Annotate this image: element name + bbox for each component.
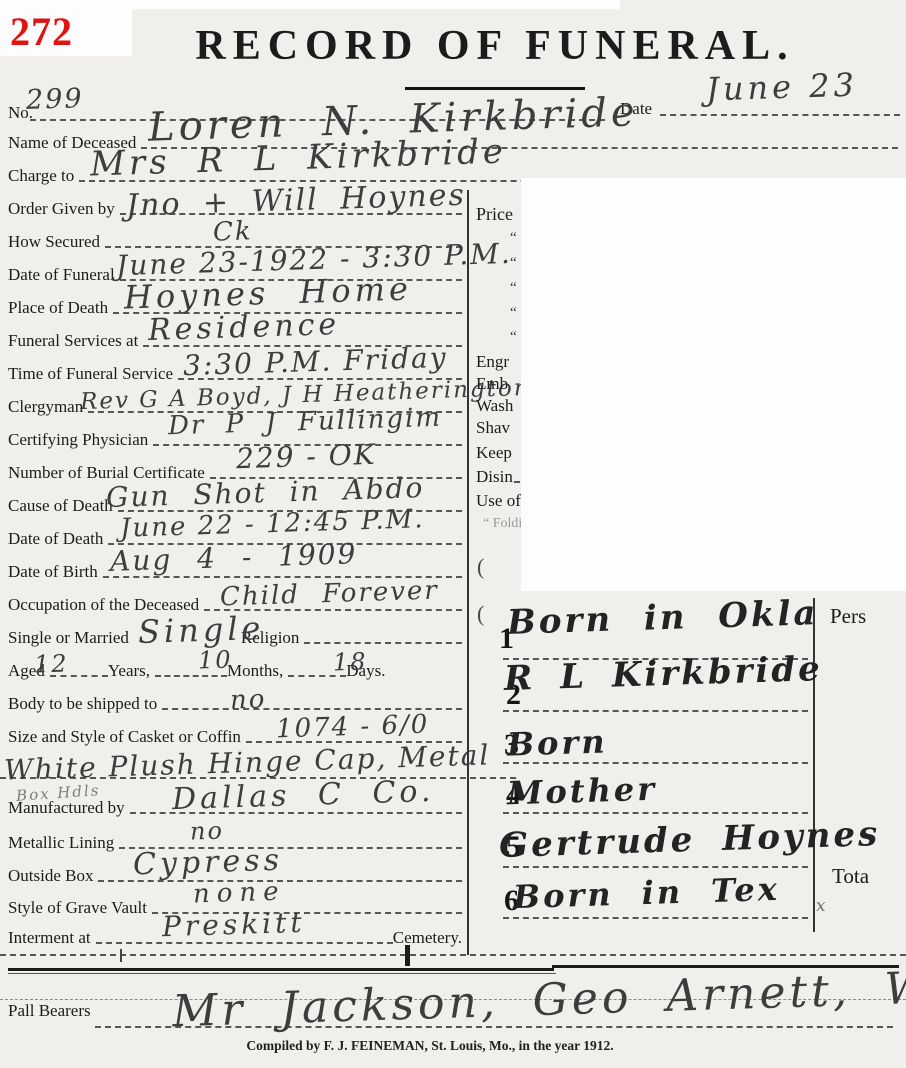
bottom-thin-rule xyxy=(8,973,556,974)
field-value-aged-days: 18 xyxy=(333,647,368,676)
cutoff-glyph: ( xyxy=(477,554,484,580)
date-value: June 23 xyxy=(705,66,858,109)
ditto-mark: “ xyxy=(510,230,517,247)
no-value: 299 xyxy=(26,83,84,116)
column-divider-rule xyxy=(467,190,469,955)
field-value-single-or-married: Single xyxy=(137,609,265,651)
field-value-grave-vault: none xyxy=(193,877,286,910)
pall-bearers-label: Pall Bearers xyxy=(8,1001,91,1020)
service-item-folding: “ Foldi xyxy=(483,514,522,533)
entry-line-6 xyxy=(503,917,808,919)
funeral-record-page: 272 RECORD OF FUNERAL. No. Date 299 June… xyxy=(0,0,906,1068)
ditto-mark: “ xyxy=(510,329,517,346)
entry-value-2: R L Kirkbride xyxy=(503,649,823,699)
cutoff-glyph: ( xyxy=(477,601,484,627)
field-value-aged-years: 12 xyxy=(34,649,69,678)
footer-imprint: Compiled by F. J. FEINEMAN, St. Louis, M… xyxy=(170,1038,690,1054)
bottom-solid-rule-left xyxy=(8,968,554,971)
page-number: 272 xyxy=(10,8,73,55)
scan-white-block xyxy=(521,178,906,591)
personal-column-rule xyxy=(813,598,815,932)
service-item-washing: Wash xyxy=(476,396,513,415)
field-value-interment: Preskitt xyxy=(162,906,307,943)
service-item-shaving: Shav xyxy=(476,418,510,437)
bottom-tick-small xyxy=(120,949,122,962)
service-item-disinfecting: Disin xyxy=(476,467,513,486)
service-item-engraving: Engr xyxy=(476,352,509,371)
entry-value-6: Born in Tex xyxy=(512,870,780,916)
field-row-aged: Aged Years, Months, Days. xyxy=(8,661,462,680)
personal-header: Pers xyxy=(830,604,866,629)
entry-value-1: Born in Okla xyxy=(506,593,819,643)
ditto-mark: “ xyxy=(510,255,517,272)
entry-value-4: Mother xyxy=(506,770,657,813)
page-title: RECORD OF FUNERAL. xyxy=(90,22,900,70)
field-value-casket-size: 1074 - 6/0 xyxy=(276,710,430,745)
ditto-mark: “ xyxy=(510,280,517,297)
entry-line-4 xyxy=(503,812,808,814)
field-value-funeral-services-at: Residence xyxy=(147,307,340,348)
ditto-mark: “ xyxy=(510,305,517,322)
entry-line-3 xyxy=(503,762,808,764)
entry-line-2 xyxy=(503,710,808,712)
field-value-how-secured: Ck xyxy=(213,216,254,247)
entry-line-5 xyxy=(503,866,808,868)
pall-bearers-value: Mr Jackson, Geo Arnett, Will Phillips xyxy=(171,954,906,1038)
title-underline xyxy=(405,87,585,90)
bottom-dashed-rule xyxy=(0,954,906,956)
field-value-burial-certificate: 229 - OK xyxy=(236,438,378,475)
ruled-line-date xyxy=(660,114,900,116)
x-mark: x xyxy=(816,896,828,916)
service-item-embalming: Emb xyxy=(476,374,508,393)
field-value-metallic-lining: no xyxy=(190,816,225,845)
price-label: Price xyxy=(476,205,513,224)
entry-value-5: Gertrude Hoynes xyxy=(498,814,880,866)
entry-value-3: Born xyxy=(506,722,608,763)
field-value-body-shipped-to: no xyxy=(230,684,267,715)
service-item-keeping: Keep xyxy=(476,443,512,462)
bottom-tick-mark xyxy=(405,945,410,966)
field-value-aged-months: 10 xyxy=(198,645,233,674)
total-label: Tota xyxy=(832,864,869,889)
